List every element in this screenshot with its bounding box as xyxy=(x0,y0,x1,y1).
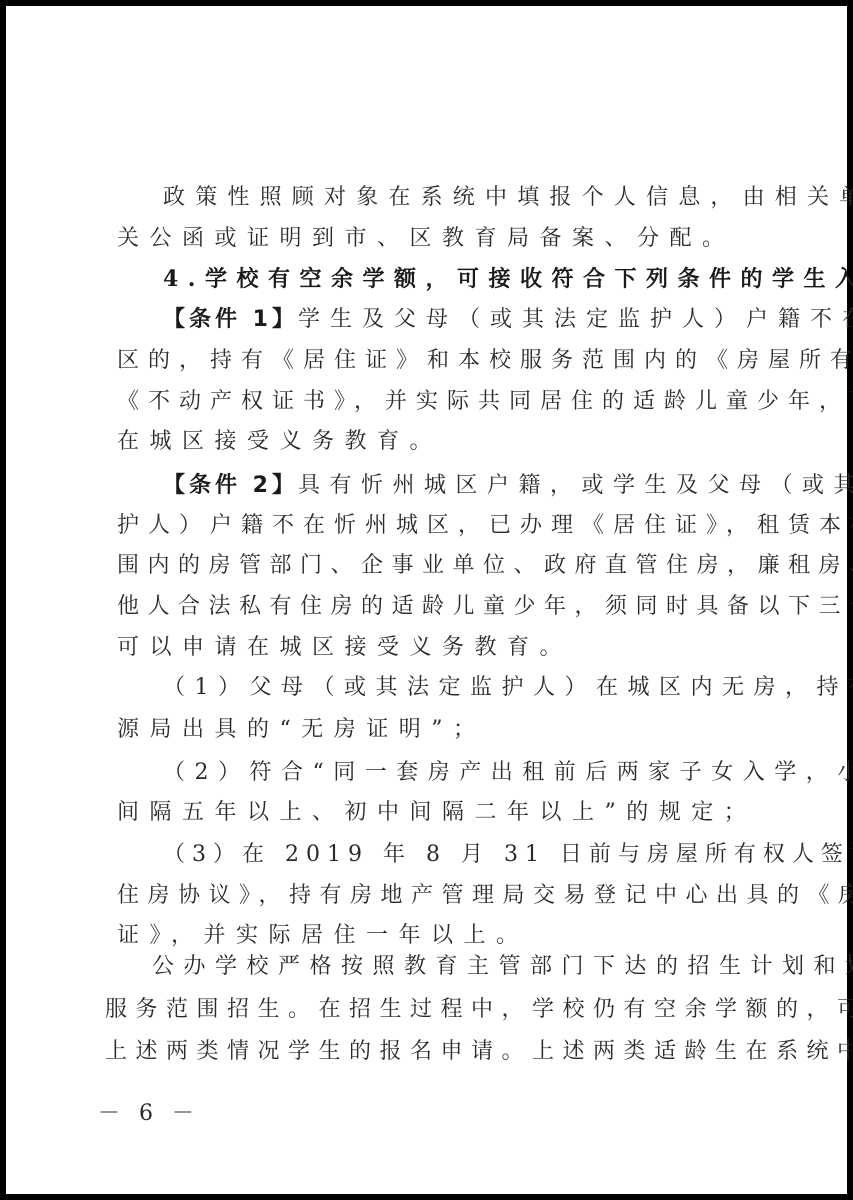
paragraph-line: 围内的房管部门、企事业单位、政府直管住房，廉租房、公租房、 xyxy=(117,551,853,581)
paragraph-line: 住房协议》，持有房地产管理局交易登记中心出具的《房屋租赁 xyxy=(117,881,853,911)
paragraph-line: 源局出具的“无房证明”； xyxy=(117,715,486,745)
page-number: － 6 － xyxy=(98,1096,200,1127)
paragraph-text: 学生及父母（或其法定监护人）户籍不在忻州城 xyxy=(298,307,853,332)
paragraph-line: 公办学校严格按照教育主管部门下达的招生计划和划定的 xyxy=(152,952,853,982)
paragraph-line: 可以申请在城区接受义务教育。 xyxy=(117,633,572,663)
paragraph-line: 服务范围招生。在招生过程中，学校仍有空余学额的，可以接受 xyxy=(105,995,853,1025)
paragraph-line: 区的，持有《居住证》和本校服务范围内的《房屋所有权证》或 xyxy=(117,346,853,376)
paragraph-line: 证》，并实际居住一年以上。 xyxy=(117,921,529,951)
paragraph-line: 护人）户籍不在忻州城区，已办理《居住证》，租赁本校服务范 xyxy=(117,511,853,541)
condition-1-first-line: 【条件 1】学生及父母（或其法定监护人）户籍不在忻州城 xyxy=(163,305,853,335)
paragraph-text: 具有忻州城区户籍，或学生及父母（或其法定监 xyxy=(298,473,853,498)
condition-2-label: 【条件 2】 xyxy=(163,473,298,498)
paragraph-line: 《不动产权证书》，并实际共同居住的适龄儿童少年，可以申请 xyxy=(117,387,853,417)
paragraph-line: 在城区接受义务教育。 xyxy=(117,427,442,457)
section-heading: 4.学校有空余学额，可接收符合下列条件的学生入学 xyxy=(163,264,853,294)
paragraph-line: 他人合法私有住房的适龄儿童少年，须同时具备以下三个条件， xyxy=(117,592,853,622)
condition-2-first-line: 【条件 2】具有忻州城区户籍，或学生及父母（或其法定监 xyxy=(163,471,853,501)
condition-1-label: 【条件 1】 xyxy=(163,307,298,332)
paragraph-line: 关公函或证明到市、区教育局备案、分配。 xyxy=(117,224,735,254)
paragraph-line: 政策性照顾对象在系统中填报个人信息，由相关单位出具相 xyxy=(163,183,853,213)
requirement-1: （1）父母（或其法定监护人）在城区内无房，持有自然资 xyxy=(163,673,853,703)
paragraph-line: 上述两类情况学生的报名申请。上述两类适龄生在系统中填报个 xyxy=(105,1037,853,1067)
requirement-2: （2）符合“同一套房产出租前后两家子女入学，小学必须 xyxy=(163,758,853,788)
requirement-3: （3）在 2019 年 8 月 31 日前与房屋所有权人签订了《租赁 xyxy=(163,840,853,870)
paragraph-line: 间隔五年以上、初中间隔二年以上”的规定； xyxy=(117,798,756,828)
document-page: 政策性照顾对象在系统中填报个人信息，由相关单位出具相 关公函或证明到市、区教育局… xyxy=(6,6,847,1194)
